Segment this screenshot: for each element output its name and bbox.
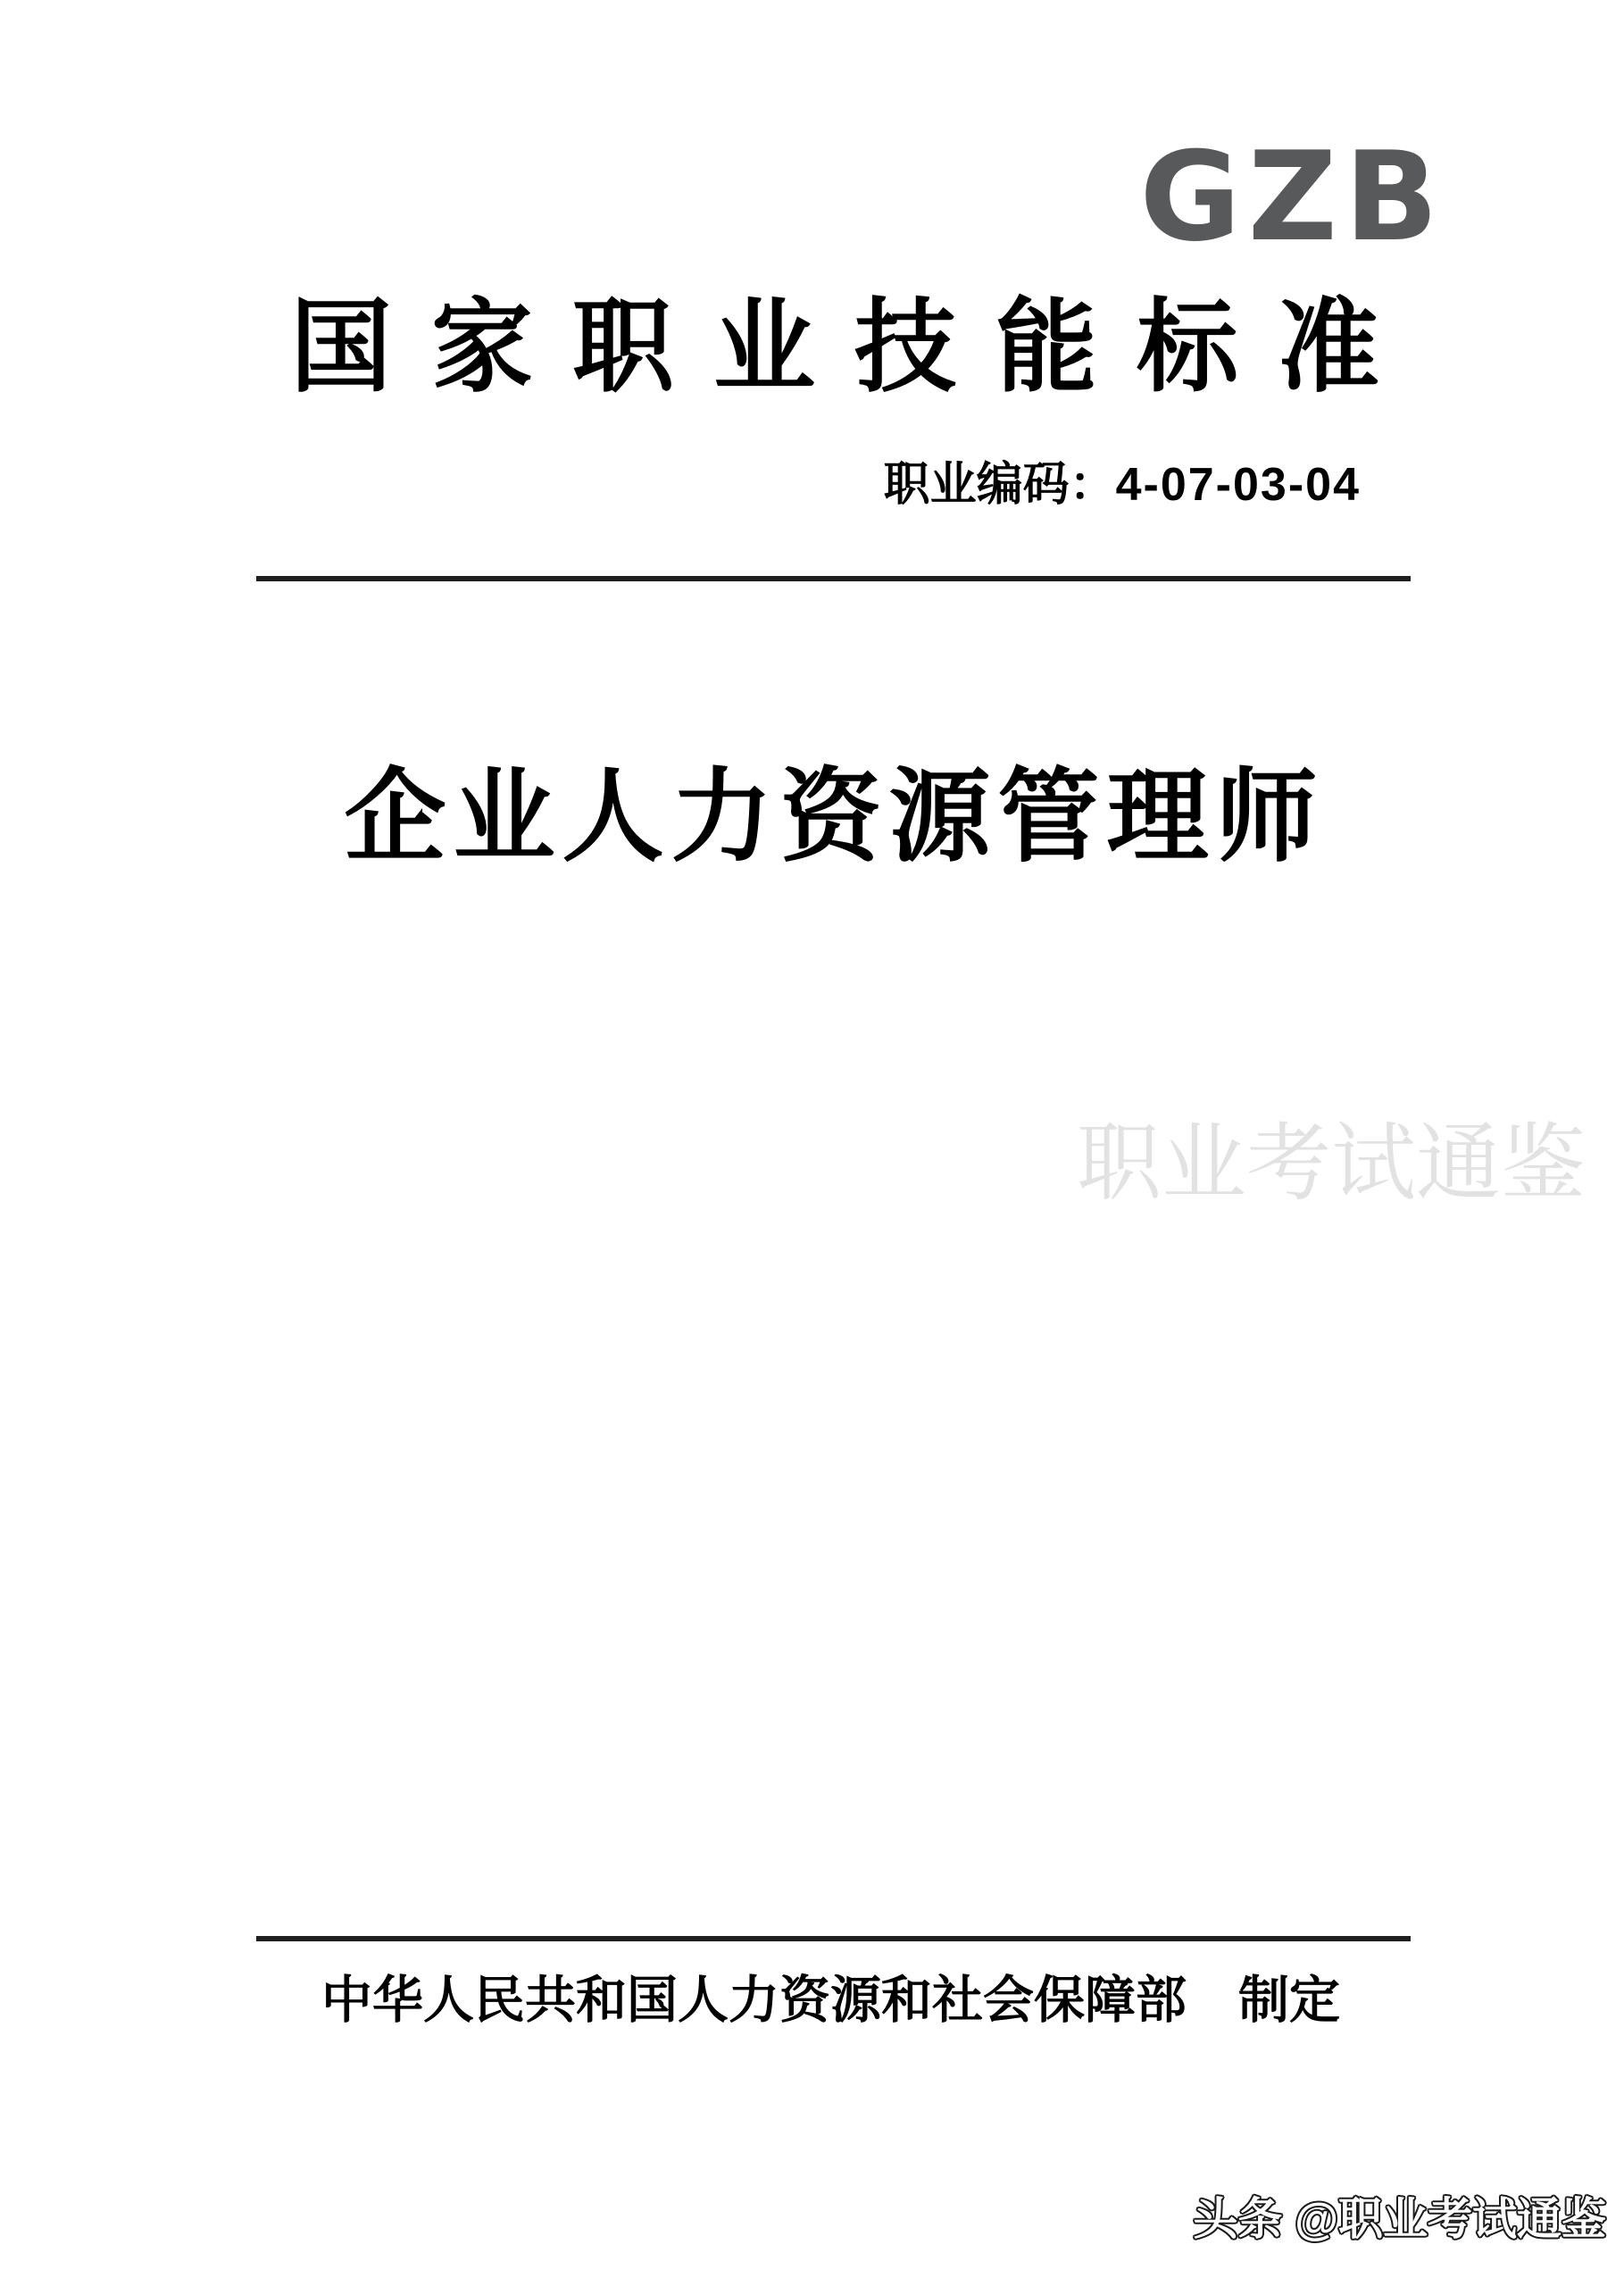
- footer-watermark: 头条 @职业考试通鉴: [1193, 2195, 1606, 2244]
- series-title: 国家职业技能标准: [251, 295, 1411, 402]
- publisher-name: 中华人民共和国人力资源和社会保障部: [321, 1973, 1187, 2029]
- gzb-logo: GZB: [1139, 136, 1445, 259]
- publisher-action: 制定: [1238, 1973, 1340, 2029]
- publisher-line: 中华人民共和国人力资源和社会保障部制定: [251, 1973, 1411, 2030]
- subject-title: 企业人力资源管理师: [251, 764, 1411, 872]
- document-cover-page: GZB 国家职业技能标准 职业编码：4-07-03-04 企业人力资源管理师 职…: [0, 0, 1624, 2278]
- top-divider-rule: [256, 576, 1411, 581]
- center-watermark: 职业考试通鉴: [1077, 1120, 1586, 1209]
- occupation-code-label: 职业编码：: [884, 459, 1116, 511]
- bottom-divider-rule: [256, 1936, 1411, 1941]
- occupation-code-line: 职业编码：4-07-03-04: [251, 459, 1411, 513]
- occupation-code-value: 4-07-03-04: [1116, 459, 1361, 511]
